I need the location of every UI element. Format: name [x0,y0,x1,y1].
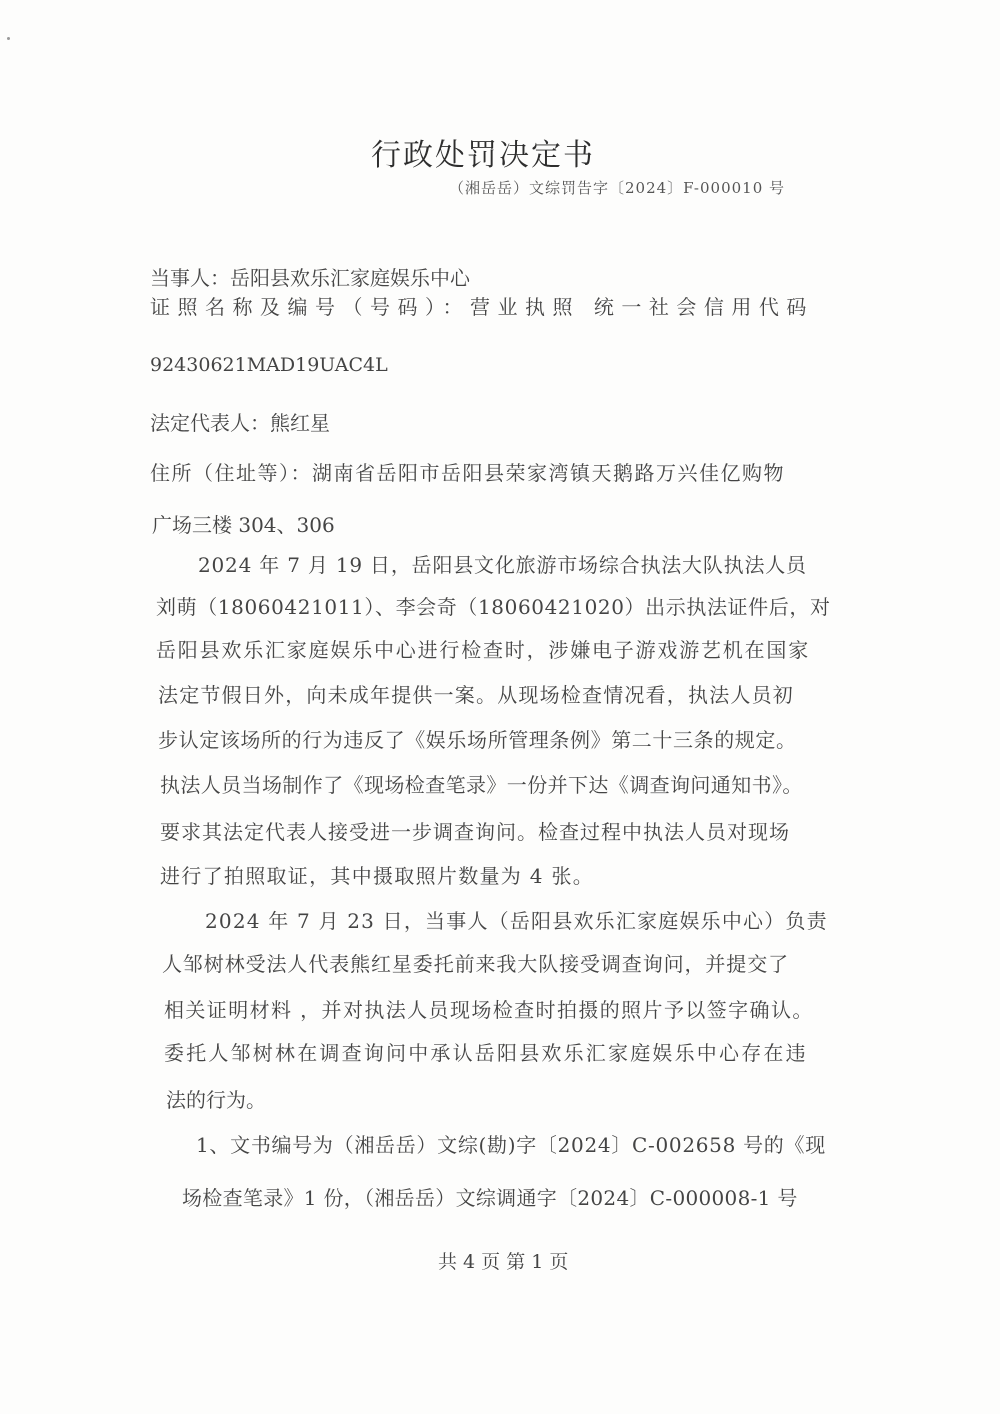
address-line-1: 住所（住址等）：湖南省岳阳市岳阳县荣家湾镇天鹅路万兴佳亿购物 [150,461,785,485]
paragraph-1-line-5: 步认定该场所的行为违反了《娱乐场所管理条例》第二十三条的规定。 [158,728,797,752]
paragraph-1-line-7: 要求其法定代表人接受进一步调查询问。检查过程中执法人员对现场 [160,820,790,844]
party-line: 当事人：岳阳县欢乐汇家庭娱乐中心 [150,266,470,290]
paragraph-1-line-2: 刘萌（18060421011）、李会奇（18060421020）出示执法证件后，… [156,595,831,619]
license-line: 证照名称及编号（号码）：营业执照 统一社会信用代码 [150,295,814,319]
paragraph-3-line-1: 1、文书编号为（湘岳岳）文综(勘)字〔2024〕C-002658 号的《现 [196,1133,826,1157]
paragraph-1-line-1: 2024 年 7 月 19 日，岳阳县文化旅游市场综合执法大队执法人员 [198,553,807,577]
license-code: 92430621MAD19UAC4L [150,353,388,377]
address-line-2: 广场三楼 304、306 [152,513,335,537]
scan-speck [7,37,10,40]
document-number: （湘岳岳）文综罚告字〔2024〕F-000010 号 [449,178,785,198]
paragraph-1-line-6: 执法人员当场制作了《现场检查笔录》一份并下达《调查询问通知书》。 [160,773,803,797]
paragraph-1-line-3: 岳阳县欢乐汇家庭娱乐中心进行检查时，涉嫌电子游戏游艺机在国家 [156,638,810,662]
document-title: 行政处罚决定书 [371,138,595,174]
legal-rep-line: 法定代表人：熊红星 [150,411,330,435]
paragraph-2-line-4: 委托人邹树林在调查询问中承认岳阳县欢乐汇家庭娱乐中心存在违 [164,1041,808,1065]
paragraph-3-line-2: 场检查笔录》1 份，（湘岳岳）文综调通字〔2024〕C-000008-1 号 [182,1186,798,1210]
paragraph-1-line-4: 法定节假日外，向未成年提供一案。从现场检查情况看，执法人员初 [158,683,794,707]
paragraph-2-line-3: 相关证明材料 ，并对执法人员现场检查时拍摄的照片予以签字确认。 [164,998,814,1022]
paragraph-1-line-8: 进行了拍照取证，其中摄取照片数量为 4 张。 [160,864,594,888]
page-footer: 共 4 页 第 1 页 [438,1250,568,1274]
paragraph-2-line-2: 人邹树林受法人代表熊红星委托前来我大队接受调查询问，并提交了 [162,952,789,976]
document-page: 行政处罚决定书 （湘岳岳）文综罚告字〔2024〕F-000010 号 当事人：岳… [0,0,1000,1414]
paragraph-2-line-1: 2024 年 7 月 23 日，当事人（岳阳县欢乐汇家庭娱乐中心）负责 [205,909,828,933]
paragraph-2-line-5: 法的行为。 [166,1088,266,1112]
